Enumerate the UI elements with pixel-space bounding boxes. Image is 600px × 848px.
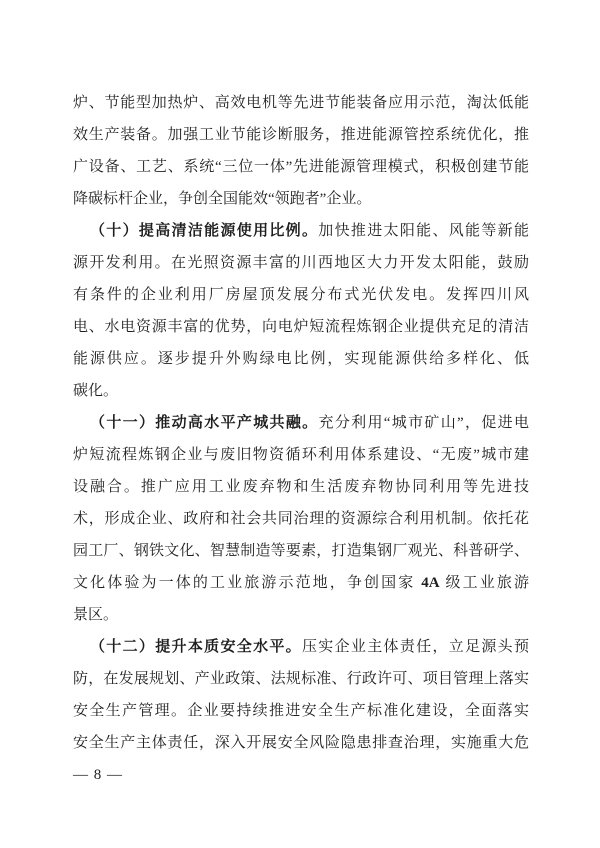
- section-heading-line: （十）提高清洁能源使用比例。加快推进太阳能、风能等新能: [73, 215, 529, 247]
- body-line: 文化体验为一体的工业旅游示范地，争创国家 4A 级工业旅游: [73, 567, 529, 599]
- page-number: — 8 —: [73, 759, 529, 791]
- document-page: 炉、节能型加热炉、高效电机等先进节能装备应用示范，淘汰低能 效生产装备。加强工业…: [0, 0, 600, 848]
- body-text-run: 文化体验为一体的工业旅游示范地，争创国家: [73, 575, 421, 591]
- body-text-run: 加快推进太阳能、风能等新能: [318, 223, 529, 239]
- body-text-run: 级工业旅游: [440, 575, 529, 591]
- section-11-heading: （十一）推动高水平产城共融。: [90, 415, 319, 431]
- rating-4a-text: 4A: [421, 575, 439, 591]
- body-line: 广设备、工艺、系统“三位一体”先进能源管理模式，积极创建节能: [73, 151, 529, 183]
- section-heading-line: （十一）推动高水平产城共融。充分利用“城市矿山”，促进电: [73, 407, 529, 439]
- body-line: 炉短流程炼钢企业与废旧物资循环利用体系建设、“无废”城市建: [73, 439, 529, 471]
- paragraph-continuation: 炉、节能型加热炉、高效电机等先进节能装备应用示范，淘汰低能 效生产装备。加强工业…: [73, 87, 529, 215]
- section-12-heading: （十二）提升本质安全水平。: [90, 639, 302, 655]
- body-line: 能源供应。逐步提升外购绿电比例，实现能源供给多样化、低: [73, 343, 529, 375]
- section-10-heading: （十）提高清洁能源使用比例。: [90, 223, 318, 239]
- body-line: 安全生产管理。企业要持续推进安全生产标准化建设，全面落实: [73, 695, 529, 727]
- body-line: 降碳标杆企业，争创全国能效“领跑者”企业。: [73, 183, 529, 215]
- body-line: 电、水电资源丰富的优势，向电炉短流程炼钢企业提供充足的清洁: [73, 311, 529, 343]
- body-line: 设融合。推广应用工业废弃物和生活废弃物协同利用等先进技: [73, 471, 529, 503]
- body-text-run: 充分利用“城市矿山”，促进电: [319, 415, 530, 431]
- body-line: 效生产装备。加强工业节能诊断服务，推进能源管控系统优化，推: [73, 119, 529, 151]
- paragraph-section-12: （十二）提升本质安全水平。压实企业主体责任，立足源头预 防，在发展规划、产业政策…: [73, 631, 529, 759]
- body-text-run: 压实企业主体责任，立足源头预: [302, 639, 529, 655]
- document-body: 炉、节能型加热炉、高效电机等先进节能装备应用示范，淘汰低能 效生产装备。加强工业…: [73, 87, 529, 791]
- body-line: 安全生产主体责任，深入开展安全风险隐患排查治理，实施重大危: [73, 727, 529, 759]
- body-line: 景区。: [73, 599, 529, 631]
- section-heading-line: （十二）提升本质安全水平。压实企业主体责任，立足源头预: [73, 631, 529, 663]
- paragraph-section-11: （十一）推动高水平产城共融。充分利用“城市矿山”，促进电 炉短流程炼钢企业与废旧…: [73, 407, 529, 631]
- paragraph-section-10: （十）提高清洁能源使用比例。加快推进太阳能、风能等新能 源开发利用。在光照资源丰…: [73, 215, 529, 407]
- body-line: 碳化。: [73, 375, 529, 407]
- body-line: 有条件的企业利用厂房屋顶发展分布式光伏发电。发挥四川风: [73, 279, 529, 311]
- body-line: 园工厂、钢铁文化、智慧制造等要素，打造集钢厂观光、科普研学、: [73, 535, 529, 567]
- body-line: 术，形成企业、政府和社会共同治理的资源综合利用机制。依托花: [73, 503, 529, 535]
- body-line: 防，在发展规划、产业政策、法规标准、行政许可、项目管理上落实: [73, 663, 529, 695]
- body-line: 炉、节能型加热炉、高效电机等先进节能装备应用示范，淘汰低能: [73, 87, 529, 119]
- body-line: 源开发利用。在光照资源丰富的川西地区大力开发太阳能，鼓励: [73, 247, 529, 279]
